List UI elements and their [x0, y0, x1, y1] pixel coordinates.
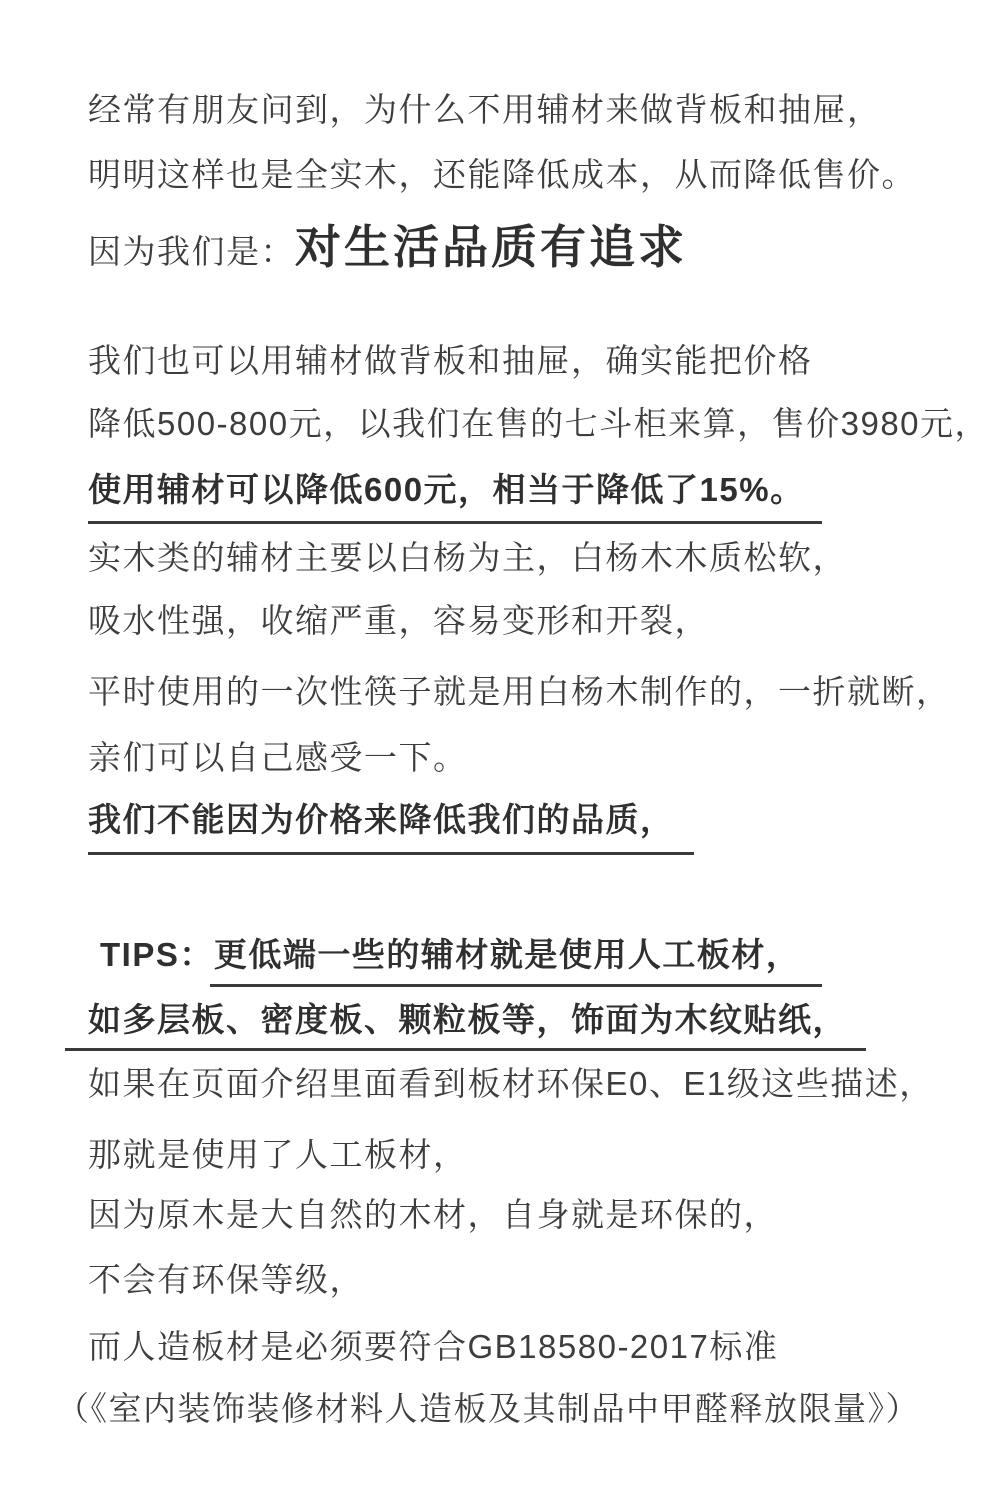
tips-line-1-text: 更低端一些的辅材就是使用人工板材，	[214, 936, 801, 973]
tips-line-6: 不会有环保等级，	[88, 1263, 364, 1296]
body-line-5: 平时使用的一次性筷子就是用白杨木制作的，一折就断，	[88, 675, 951, 708]
body-emphasis-1: 使用辅材可以降低600元，相当于降低了15%。	[88, 473, 805, 506]
tips-line-7: 而人造板材是必须要符合GB18580-2017标准	[88, 1330, 778, 1363]
tips-line-2: 如多层板、密度板、颗粒板等，饰面为木纹贴纸，	[88, 1003, 847, 1036]
tips-label: TIPS：	[100, 936, 214, 973]
body-line-3: 实木类的辅材主要以白杨为主，白杨木木质松软，	[88, 541, 847, 574]
tips-line-4: 那就是使用了人工板材，	[88, 1138, 468, 1171]
product-description-page: 经常有朋友问到，为什么不用辅材来做背板和抽屉， 明明这样也是全实木，还能降低成本…	[0, 0, 1000, 1507]
reason-prefix: 因为我们是：	[88, 233, 295, 270]
underline-rule-2	[88, 852, 694, 855]
intro-line-1: 经常有朋友问到，为什么不用辅材来做背板和抽屉，	[88, 93, 882, 126]
underline-rule-3	[210, 984, 822, 987]
body-line-1: 我们也可以用辅材做背板和抽屉，确实能把价格	[88, 344, 813, 377]
tips-line-8: （《室内装饰装修材料人造板及其制品中甲醛释放限量》）	[56, 1392, 920, 1425]
underline-rule-4	[65, 1048, 866, 1051]
body-emphasis-2: 我们不能因为价格来降低我们的品质，	[88, 803, 675, 836]
underline-rule-1	[88, 521, 822, 524]
intro-line-2: 明明这样也是全实木，还能降低成本，从而降低售价。	[88, 158, 916, 191]
body-line-4: 吸水性强，收缩严重，容易变形和开裂，	[88, 604, 709, 637]
reason-highlight: 对生活品质有追求	[295, 221, 687, 273]
tips-line-3: 如果在页面介绍里面看到板材环保E0、E1级这些描述，	[88, 1067, 934, 1100]
body-line-2: 降低500-800元，以我们在售的七斗柜来算，售价3980元，	[88, 407, 989, 440]
body-line-6: 亲们可以自己感受一下。	[88, 741, 468, 774]
tips-line-1: TIPS：更低端一些的辅材就是使用人工板材，	[100, 938, 800, 971]
intro-reason-line: 因为我们是：对生活品质有追求	[88, 224, 687, 270]
tips-line-5: 因为原木是大自然的木材，自身就是环保的，	[88, 1198, 778, 1231]
